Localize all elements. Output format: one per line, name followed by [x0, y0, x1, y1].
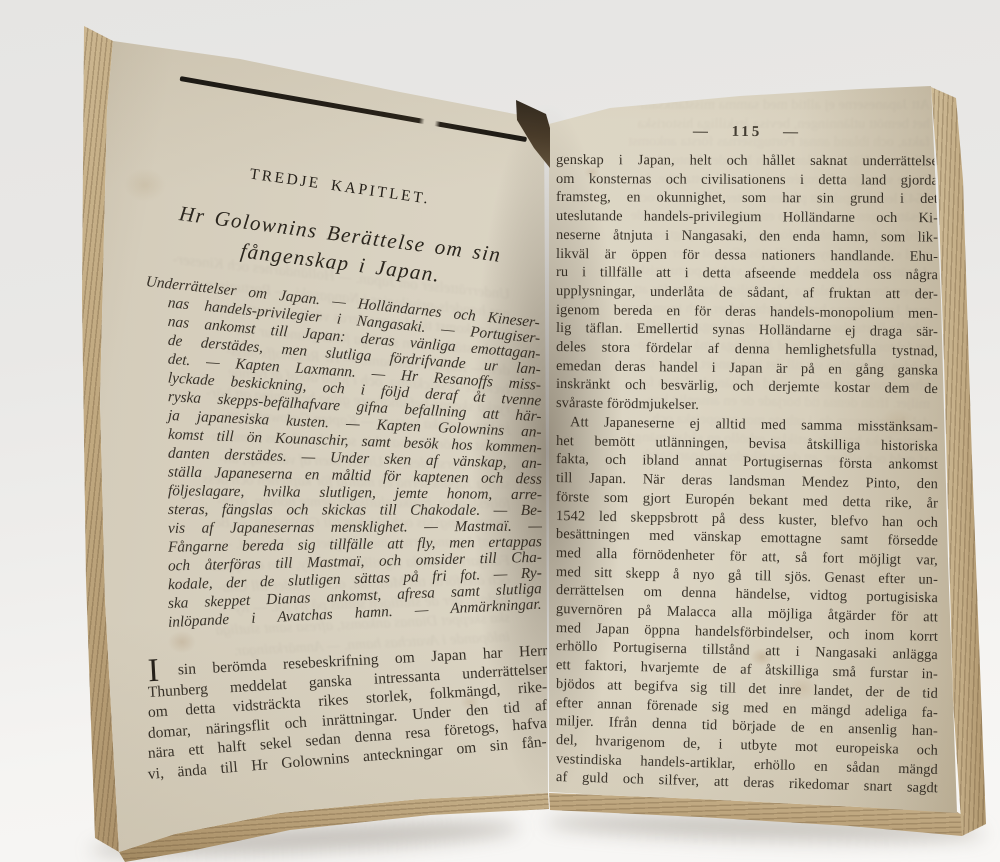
ghost-show-through-text: Underrättelser om Japan. — Holländarnes …	[110, 286, 510, 647]
text-line: Fångarne bereda sig tillfälle att fly, m…	[110, 552, 510, 578]
text-line: nas handels-privilegier i Nangasaki. — P…	[111, 267, 511, 324]
text-line: de derstädes, men slutliga fördrifvande …	[110, 312, 510, 362]
text-line: steras, fängslas och skickas till Chakod…	[110, 514, 510, 533]
text-line: ställa Japaneserna en måltid för kaptene…	[110, 469, 510, 495]
text-line: ska skeppet Dianas ankomst, afresa samt …	[110, 609, 510, 645]
text-line: komst till ön Kounaschir, samt besök hos…	[110, 424, 510, 457]
text-line: kodale, der de slutligen sättas på fri f…	[110, 590, 510, 623]
photo-background: Underrättelser om Japan. — Holländarnes …	[0, 0, 1000, 862]
text-line: vis af Japanesernas mensklighet. — Mastm…	[110, 533, 510, 555]
text-line: ja japanesiska kusten. — Kapten Golownin…	[110, 402, 510, 438]
text-line: och återföras till Mastmaï, och omsider …	[110, 571, 510, 600]
text-line: lyckade beskickning, och i följd deraf å…	[110, 357, 510, 400]
text-line: inlöpande i Avatchas hamn. — Anmärkninga…	[110, 628, 510, 668]
text-line: det. — Kapten Laxmann. — Hr Resanoffs mi…	[110, 334, 510, 381]
text-line: ryska skepps-befälhafvare gifna befallni…	[110, 379, 510, 419]
text-line: danten derstädes. — Under sken af vänska…	[110, 447, 510, 476]
text-line: följeslagare, hvilka slutligen, jemte ho…	[110, 492, 510, 514]
drop-cap: I	[147, 655, 160, 689]
text-line: nas ankomst till Japan: deras vänliga em…	[111, 289, 511, 343]
gutter-shadow	[468, 88, 626, 818]
text-line: Underrättelser om Japan. — Holländarnes …	[111, 244, 511, 305]
